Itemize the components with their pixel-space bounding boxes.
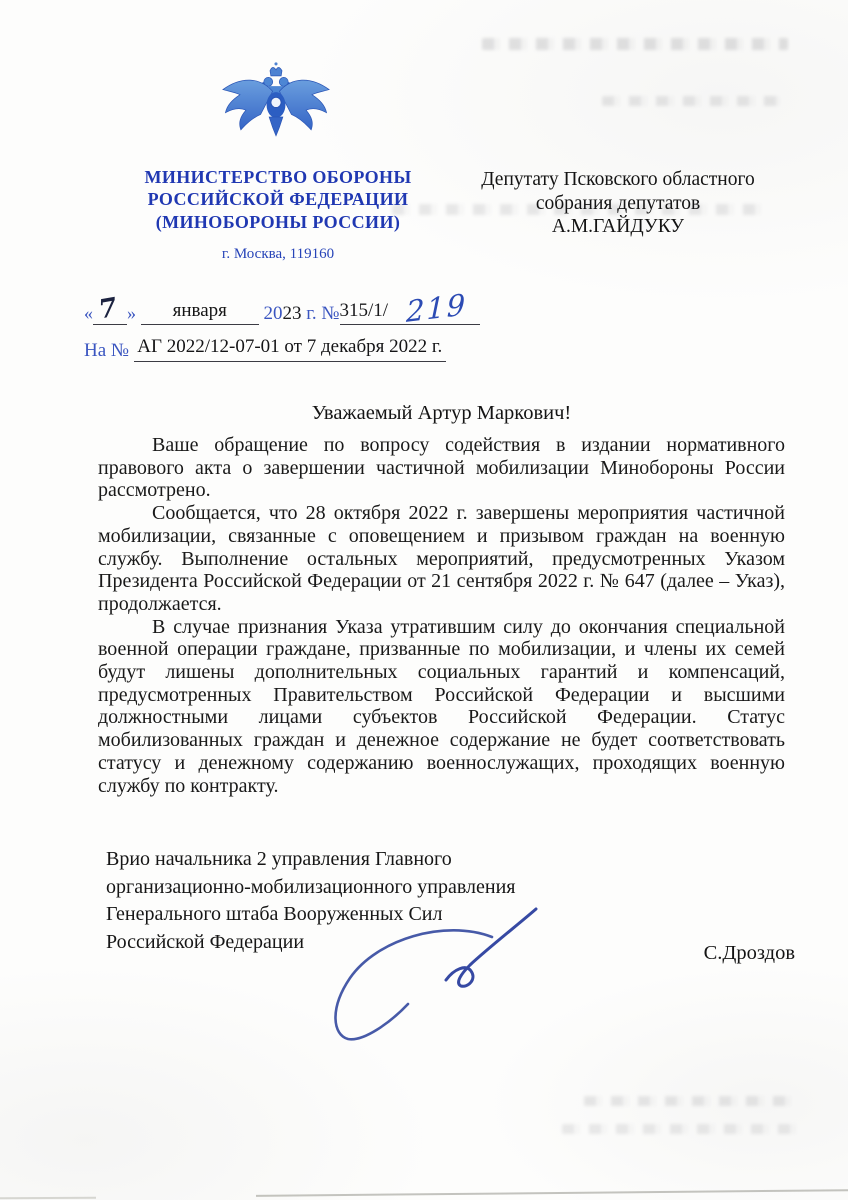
- recipient-line-1: Депутату Псковского областного: [468, 168, 768, 192]
- handwritten-signature: [315, 903, 555, 1053]
- position-line-2: организационно-мобилизационного управлен…: [106, 874, 566, 902]
- salutation: Уважаемый Артур Маркович!: [98, 402, 785, 425]
- recipient-line-2: собрания депутатов: [468, 192, 768, 216]
- paragraph-2: Сообщается, что 28 октября 2022 г. завер…: [98, 502, 785, 616]
- close-quote: »: [127, 303, 136, 323]
- letterhead-address: г. Москва, 119160: [118, 246, 438, 263]
- reply-label: На №: [84, 340, 129, 361]
- handwritten-day: 7: [97, 293, 120, 326]
- letterhead-org-name: МИНИСТЕРСТВО ОБОРОНЫ РОССИЙСКОЙ ФЕДЕРАЦИ…: [118, 166, 438, 233]
- reply-reference-line: На № АГ 2022/12-07-01 от 7 декабря 2022 …: [84, 336, 504, 364]
- open-quote: «: [84, 303, 93, 323]
- month-field: января: [141, 300, 259, 325]
- bleed-through-artifact: [562, 1124, 800, 1134]
- bleed-through-artifact: [482, 38, 788, 50]
- year-prefix: 20: [264, 303, 283, 324]
- paragraph-1: Ваше обращение по вопросу содействия в и…: [98, 434, 785, 502]
- page-bottom-edge: [256, 1189, 848, 1197]
- era-number-label: г. №: [306, 303, 339, 324]
- outgoing-number-field: 315/1/219: [340, 300, 480, 325]
- page-bottom-edge: [0, 1197, 96, 1200]
- reply-reference-value: АГ 2022/12-07-01 от 7 декабря 2022 г.: [134, 336, 446, 362]
- scanned-letter-page: МИНИСТЕРСТВО ОБОРОНЫ РОССИЙСКОЙ ФЕДЕРАЦИ…: [0, 0, 848, 1200]
- org-line-1: МИНИСТЕРСТВО ОБОРОНЫ: [118, 166, 438, 188]
- signer-name: С.Дроздов: [670, 942, 795, 965]
- org-line-3: (МИНОБОРОНЫ РОССИИ): [118, 211, 438, 233]
- org-line-2: РОССИЙСКОЙ ФЕДЕРАЦИИ: [118, 188, 438, 210]
- mod-double-headed-eagle-icon: [216, 60, 336, 138]
- year-suffix: 23: [283, 303, 302, 324]
- letter-body: Ваше обращение по вопросу содействия в и…: [98, 434, 785, 797]
- bleed-through-artifact: [584, 1096, 796, 1106]
- paragraph-3: В случае признания Указа утратившим силу…: [98, 616, 785, 798]
- day-field: 7: [93, 300, 127, 325]
- recipient-block: Депутату Псковского областного собрания …: [468, 168, 768, 239]
- bleed-through-artifact: [602, 96, 780, 106]
- recipient-line-3: А.М.ГАЙДУКУ: [468, 215, 768, 239]
- date-number-line: «7» января 2023 г. №315/1/219: [84, 300, 504, 330]
- position-line-1: Врио начальника 2 управления Главного: [106, 846, 566, 874]
- outgoing-number-typed: 315/1/: [340, 300, 389, 321]
- handwritten-number: 219: [405, 287, 467, 329]
